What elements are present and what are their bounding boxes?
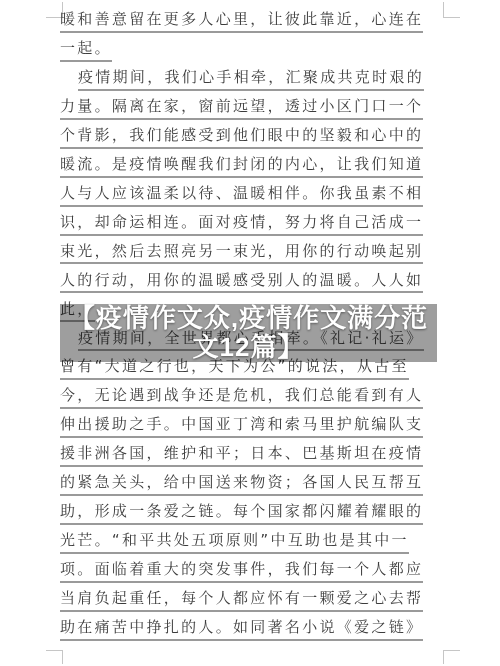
text-line-content: 的紧急关头，给中国送来物资；各国人民互帮互 (60, 473, 423, 496)
text-line-content: 助在痛苦中挣扎的人。如同著名小说《爱之链》 (60, 618, 423, 641)
text-line: 助在痛苦中挣扎的人。如同著名小说《爱之链》 (60, 612, 443, 641)
text-line: 疫情期间，我们心手相牵，汇聚成共克时艰的 (60, 62, 443, 91)
text-line: 的紧急关头，给中国送来物资；各国人民互帮互 (60, 467, 443, 496)
margin-corner-mark-bottom-right (443, 650, 460, 664)
text-line-content: 识，却命运相连。面对疫情，努力将自己活成一 (60, 213, 423, 236)
text-line: 光芒。“和平共处五项原则”中互助也是其中一 (60, 525, 443, 554)
text-line-content: 疫情期间，我们心手相牵，汇聚成共克时艰的 (78, 68, 424, 91)
text-line: 助，形成一条爱之链。每个国家都闪耀着耀眼的 (60, 496, 443, 525)
text-line-content: 援非洲各国，维护和平；日本、巴基斯坦在疫情 (60, 444, 423, 467)
text-line: 个背影，我们能感受到他们眼中的坚毅和心中的 (60, 120, 443, 149)
text-line: 一起。 (60, 33, 443, 62)
text-line: 力量。隔离在家，窗前远望，透过小区门口一个 (60, 91, 443, 120)
text-line-content: 暖和善意留在更多人心里，让彼此靠近，心连在 (60, 10, 423, 33)
text-line-content: 光芒。“和平共处五项原则”中互助也是其中一 (60, 531, 409, 554)
text-line-content: 一起。 (60, 39, 112, 62)
text-line-content: 今，无论遇到战争还是危机，我们总能看到有人 (60, 386, 423, 409)
text-line: 暖流。是疫情唤醒我们封闭的内心，让我们知道 (60, 149, 443, 178)
text-line-content: 当肩负起重任，每个人都应怀有一颗爱之心去帮 (60, 589, 423, 612)
text-line: 今，无论遇到战争还是危机，我们总能看到有人 (60, 380, 443, 409)
text-line-content: 人与人应该温柔以待、温暖相伴。你我虽素不相 (60, 184, 423, 207)
text-line-content: 暖流。是疫情唤醒我们封闭的内心，让我们知道 (60, 155, 423, 178)
text-line: 当肩负起重任，每个人都应怀有一颗爱之心去帮 (60, 583, 443, 612)
text-line-content: 项。面临着重大的突发事件，我们每一个人都应 (60, 560, 423, 583)
margin-corner-mark-bottom-left (46, 650, 63, 664)
text-line: 援非洲各国，维护和平；日本、巴基斯坦在疫情 (60, 438, 443, 467)
watermark-banner: 【疫情作文众,疫情作文满分范文12篇】 (60, 304, 437, 362)
text-line: 项。面临着重大的突发事件，我们每一个人都应 (60, 554, 443, 583)
text-line-content: 助，形成一条爱之链。每个国家都闪耀着耀眼的 (60, 502, 423, 525)
text-line-content: 伸出援助之手。中国亚丁湾和索马里护航编队支 (60, 415, 423, 438)
text-line: 人与人应该温柔以待、温暖相伴。你我虽素不相 (60, 178, 443, 207)
text-line-content: 力量。隔离在家，窗前远望，透过小区门口一个 (60, 97, 423, 120)
text-line-content: 人的行动，用你的温暖感受别人的温暖。人人如 (60, 271, 423, 294)
text-line: 伸出援助之手。中国亚丁湾和索马里护航编队支 (60, 409, 443, 438)
text-line: 人的行动，用你的温暖感受别人的温暖。人人如 (60, 264, 443, 293)
text-line: 暖和善意留在更多人心里，让彼此靠近，心连在 (60, 4, 443, 33)
text-line-content: 个背影，我们能感受到他们眼中的坚毅和心中的 (60, 126, 423, 149)
text-line: 束光，然后去照亮另一束光，用你的行动唤起别 (60, 236, 443, 265)
watermark-title: 【疫情作文众,疫情作文满分范文12篇】 (60, 304, 437, 362)
margin-corner-mark-top-right (443, 2, 460, 18)
text-line: 识，却命运相连。面对疫情，努力将自己活成一 (60, 207, 443, 236)
text-line-content: 束光，然后去照亮另一束光，用你的行动唤起别 (60, 242, 423, 265)
